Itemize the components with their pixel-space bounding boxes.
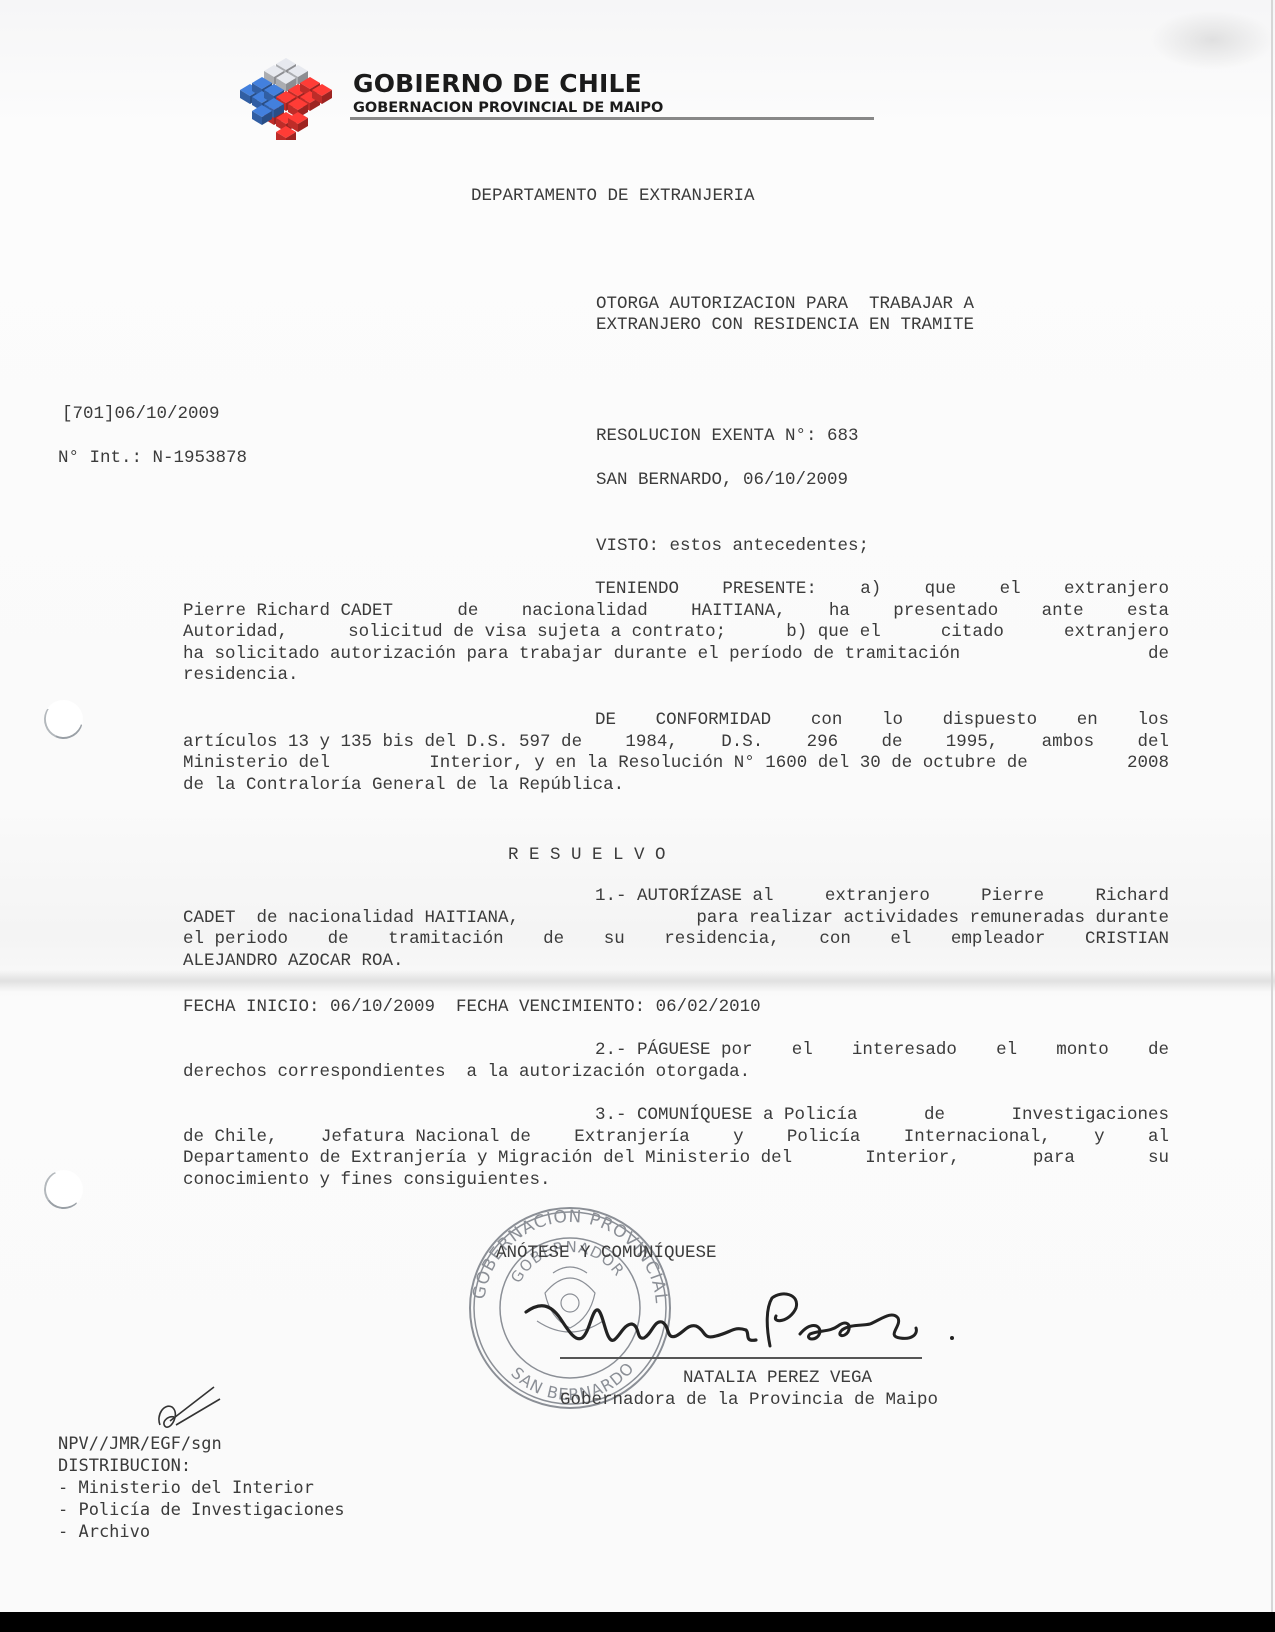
text-run: solicitud de visa sujeta a contrato;: [348, 622, 726, 644]
text-run: CONFORMIDAD: [656, 710, 772, 732]
page-edge: [1271, 0, 1273, 1612]
subject-line-1: OTORGA AUTORIZACION PARA TRABAJAR A: [596, 294, 974, 316]
paragraph-line: CADET de nacionalidad HAITIANA,para real…: [183, 908, 1169, 930]
text-run: ha: [829, 601, 850, 623]
text-run: de la Contraloría General de la Repúblic…: [183, 775, 624, 797]
distribution-label: DISTRIBUCION:: [58, 1456, 191, 1478]
reference-initials: NPV//JMR/EGF/sgn: [58, 1434, 222, 1456]
text-run: Autoridad,: [183, 622, 288, 644]
text-run: de: [924, 1105, 945, 1127]
text-run: residencia.: [183, 665, 299, 687]
text-run: Extranjería: [574, 1127, 690, 1149]
handwritten-signature: [520, 1290, 960, 1380]
text-run: Interior, y en la Resolución N° 1600 del…: [429, 753, 1028, 775]
text-run: derechos correspondientes a la autorizac…: [183, 1062, 750, 1084]
paragraph-line: conocimiento y fines consiguientes.: [183, 1170, 1169, 1192]
paper-fold: [0, 970, 1275, 992]
text-run: a): [860, 579, 881, 601]
item-2-paragraph: 2.- PÁGUESE porelinteresadoelmontodedere…: [183, 1040, 1169, 1083]
text-run: que: [925, 579, 957, 601]
paragraph-line: 1.- AUTORÍZASE alextranjeroPierreRichard: [183, 886, 1169, 908]
text-run: DE: [595, 710, 616, 732]
text-run: Investigaciones: [1011, 1105, 1169, 1127]
paragraph-line: 3.- COMUNÍQUESE a PolicíadeInvestigacion…: [183, 1105, 1169, 1127]
text-run: residencia,: [664, 929, 780, 951]
text-run: y: [1094, 1127, 1105, 1149]
text-run: b) que el: [786, 622, 881, 644]
paragraph-line: el periododetramitacióndesuresidencia,co…: [183, 929, 1169, 951]
text-run: Pierre: [981, 886, 1044, 908]
resolution-number: RESOLUCION EXENTA N°: 683: [596, 426, 859, 448]
text-run: ha solicitado autorización para trabajar…: [183, 644, 960, 666]
text-run: los: [1137, 710, 1169, 732]
text-run: 2008: [1127, 753, 1169, 775]
text-run: Departamento de Extranjería y Migración …: [183, 1148, 792, 1170]
text-run: al: [1148, 1127, 1169, 1149]
paragraph-line: derechos correspondientes a la autorizac…: [183, 1062, 1169, 1084]
signatory-title: Gobernadora de la Provincia de Maipo: [560, 1390, 938, 1412]
text-run: el: [890, 929, 911, 951]
visto-clause: VISTO: estos antecedentes;: [596, 536, 869, 558]
paragraph-line: Pierre Richard CADET denacionalidadHAITI…: [183, 601, 1169, 623]
text-run: esta: [1127, 601, 1169, 623]
letterhead-title: GOBIERNO DE CHILE: [353, 69, 642, 98]
place-date: SAN BERNARDO, 06/10/2009: [596, 470, 848, 492]
text-run: extranjero: [1064, 622, 1169, 644]
distribution-item: - Ministerio del Interior: [58, 1478, 314, 1500]
teniendo-presente-paragraph: TENIENDOPRESENTE:a)queelextranjeroPierre…: [183, 579, 1169, 687]
text-run: HAITIANA,: [691, 601, 786, 623]
text-run: con: [811, 710, 843, 732]
validity-dates: FECHA INICIO: 06/10/2009 FECHA VENCIMIEN…: [183, 997, 761, 1019]
letterhead-subtitle: GOBERNACION PROVINCIAL DE MAIPO: [353, 100, 663, 116]
text-run: Interior,: [865, 1148, 960, 1170]
text-run: Jefatura Nacional de: [321, 1127, 531, 1149]
paragraph-line: 2.- PÁGUESE porelinteresadoelmontode: [183, 1040, 1169, 1062]
text-run: para realizar actividades remuneradas du…: [696, 908, 1169, 930]
signatory-name: NATALIA PEREZ VEGA: [683, 1368, 872, 1390]
paragraph-line: DECONFORMIDADconlodispuestoenlos: [183, 710, 1169, 732]
subject-line-2: EXTRANJERO CON RESIDENCIA EN TRAMITE: [596, 315, 974, 337]
paragraph-line: ha solicitado autorización para trabajar…: [183, 644, 1169, 666]
text-run: en: [1077, 710, 1098, 732]
conformidad-paragraph: DECONFORMIDADconlodispuestoenlosartículo…: [183, 710, 1169, 796]
internal-number: N° Int.: N-1953878: [58, 448, 247, 470]
text-run: lo: [882, 710, 903, 732]
text-run: de: [328, 929, 349, 951]
paragraph-line: ALEJANDRO AZOCAR ROA.: [183, 951, 1169, 973]
text-run: 1995,: [946, 732, 999, 754]
paragraph-line: Ministerio delInterior, y en la Resoluci…: [183, 753, 1169, 775]
text-run: del: [1137, 732, 1169, 754]
text-run: para: [1033, 1148, 1075, 1170]
text-run: PRESENTE:: [722, 579, 817, 601]
text-run: de: [881, 732, 902, 754]
text-run: dispuesto: [943, 710, 1038, 732]
scan-shadow: [1150, 10, 1275, 70]
text-run: CADET de nacionalidad HAITIANA,: [183, 908, 519, 930]
text-run: su: [1148, 1148, 1169, 1170]
item-1-paragraph: 1.- AUTORÍZASE alextranjeroPierreRichard…: [183, 886, 1169, 972]
text-run: de: [1148, 1040, 1169, 1062]
resuelvo-heading: R E S U E L V O: [508, 845, 666, 867]
text-run: el: [996, 1040, 1017, 1062]
text-run: Richard: [1095, 886, 1169, 908]
text-run: nacionalidad: [522, 601, 648, 623]
text-run: ante: [1042, 601, 1084, 623]
text-run: interesado: [852, 1040, 957, 1062]
text-run: de: [457, 601, 478, 623]
closing-phrase: ANÓTESE Y COMUNÍQUESE: [496, 1243, 717, 1265]
paragraph-line: de la Contraloría General de la Repúblic…: [183, 775, 1169, 797]
text-run: el: [1000, 579, 1021, 601]
text-run: su: [604, 929, 625, 951]
item-3-paragraph: 3.- COMUNÍQUESE a PolicíadeInvestigacion…: [183, 1105, 1169, 1191]
text-run: de Chile,: [183, 1127, 278, 1149]
text-run: 3.- COMUNÍQUESE a Policía: [595, 1105, 858, 1127]
signature-line: [560, 1357, 922, 1359]
text-run: 1984,: [625, 732, 678, 754]
text-run: TENIENDO: [595, 579, 679, 601]
text-run: Ministerio del: [183, 753, 330, 775]
text-run: citado: [941, 622, 1004, 644]
text-run: D.S.: [721, 732, 763, 754]
text-run: empleador: [951, 929, 1046, 951]
text-run: artículos 13 y 135 bis del D.S. 597 de: [183, 732, 582, 754]
chile-government-logo-icon: [236, 50, 336, 140]
distribution-item: - Archivo: [58, 1522, 150, 1544]
text-run: 2.- PÁGUESE por: [595, 1040, 753, 1062]
text-run: CRISTIAN: [1085, 929, 1169, 951]
text-run: 296: [807, 732, 839, 754]
paragraph-line: Autoridad,solicitud de visa sujeta a con…: [183, 622, 1169, 644]
text-run: de: [543, 929, 564, 951]
paragraph-line: artículos 13 y 135 bis del D.S. 597 de19…: [183, 732, 1169, 754]
text-run: ambos: [1042, 732, 1095, 754]
letterhead-rule: [350, 117, 874, 120]
text-run: el: [792, 1040, 813, 1062]
text-run: monto: [1056, 1040, 1109, 1062]
text-run: conocimiento y fines consiguientes.: [183, 1170, 551, 1192]
text-run: 1.- AUTORÍZASE al: [595, 886, 774, 908]
text-run: presentado: [893, 601, 998, 623]
text-run: extranjero: [825, 886, 930, 908]
text-run: de: [1148, 644, 1169, 666]
text-run: el periodo: [183, 929, 288, 951]
scan-border: [0, 1612, 1275, 1632]
paragraph-line: de Chile,Jefatura Nacional deExtranjería…: [183, 1127, 1169, 1149]
text-run: Policía: [787, 1127, 861, 1149]
paragraph-line: Departamento de Extranjería y Migración …: [183, 1148, 1169, 1170]
text-run: y: [733, 1127, 744, 1149]
text-run: con: [819, 929, 851, 951]
paragraph-line: residencia.: [183, 665, 1169, 687]
text-run: tramitación: [388, 929, 504, 951]
distribution-item: - Policía de Investigaciones: [58, 1500, 345, 1522]
reference-code-date: [701]06/10/2009: [62, 404, 220, 426]
text-run: Internacional,: [904, 1127, 1051, 1149]
text-run: ALEJANDRO AZOCAR ROA.: [183, 951, 404, 973]
department-heading: DEPARTAMENTO DE EXTRANJERIA: [471, 186, 755, 208]
text-run: extranjero: [1064, 579, 1169, 601]
paragraph-line: TENIENDOPRESENTE:a)queelextranjero: [183, 579, 1169, 601]
text-run: Pierre Richard CADET: [183, 601, 414, 623]
